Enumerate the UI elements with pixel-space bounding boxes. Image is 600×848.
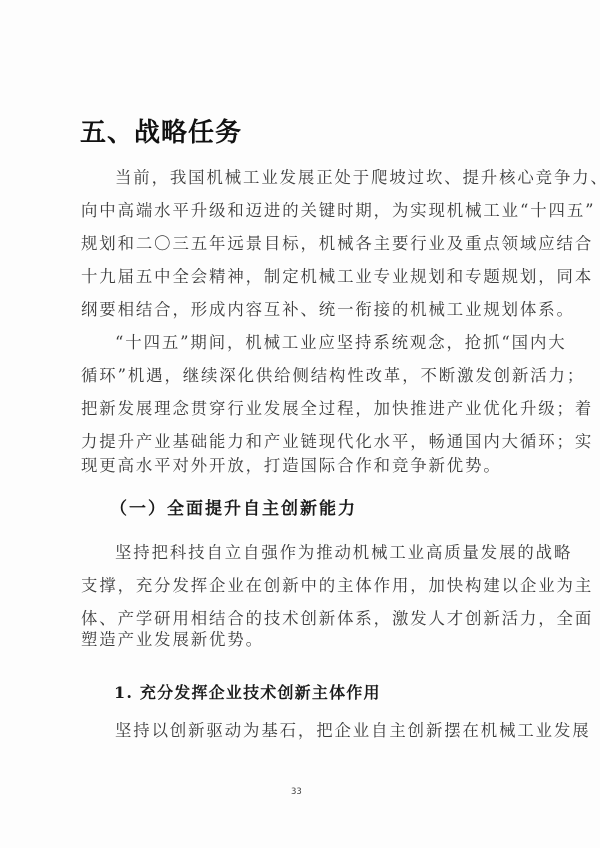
subsection-title: （一）全面提升自主创新能力 xyxy=(110,494,357,519)
section-title: 五、战略任务 xyxy=(80,112,242,149)
paragraph-1-line: 纲要相结合，形成内容互补、统一衔接的机械工业规划体系。 xyxy=(81,300,521,320)
document-page: 五、战略任务 当前，我国机械工业发展正处于爬坡过坎、提升核心竞争力、 向中高端水… xyxy=(0,0,600,848)
paragraph-2-line: 把新发展理念贯穿行业发展全过程，加快推进产业优化升级；着 xyxy=(81,399,521,419)
paragraph-3-line: 体、产学研用相结合的技术创新体系，激发人才创新活力，全面 xyxy=(81,609,521,629)
paragraph-2-line: 力提升产业基础能力和产业链现代化水平，畅通国内大循环；实 xyxy=(81,432,521,452)
paragraph-1-line: 向中高端水平升级和迈进的关键时期，为实现机械工业“十四五” xyxy=(81,201,521,221)
paragraph-1-line: 规划和二〇三五年远景目标，机械各主要行业及重点领域应结合 xyxy=(81,234,521,254)
paragraph-1-line: 十九届五中全会精神，制定机械工业专业规划和专题规划，同本 xyxy=(81,267,521,287)
paragraph-3-line: 塑造产业发展新优势。 xyxy=(81,630,521,650)
paragraph-3-line: 坚持把科技自立自强作为推动机械工业高质量发展的战略 xyxy=(115,543,521,563)
paragraph-2-line: 现更高水平对外开放，打造国际合作和竞争新优势。 xyxy=(81,456,521,476)
paragraph-4-line: 坚持以创新驱动为基石，把企业自主创新摆在机械工业发展 xyxy=(115,721,521,741)
page-number: 33 xyxy=(291,787,302,797)
paragraph-2-line: 循环”机遇，继续深化供给侧结构性改革，不断激发创新活力； xyxy=(81,366,521,386)
paragraph-2-line: “十四五”期间，机械工业应坚持系统观念，抢抓“国内大 xyxy=(115,333,521,353)
item-title: 1. 充分发挥企业技术创新主体作用 xyxy=(114,680,381,703)
paragraph-1-line: 当前，我国机械工业发展正处于爬坡过坎、提升核心竞争力、 xyxy=(115,168,521,188)
paragraph-3-line: 支撑，充分发挥企业在创新中的主体作用，加快构建以企业为主 xyxy=(81,576,521,596)
